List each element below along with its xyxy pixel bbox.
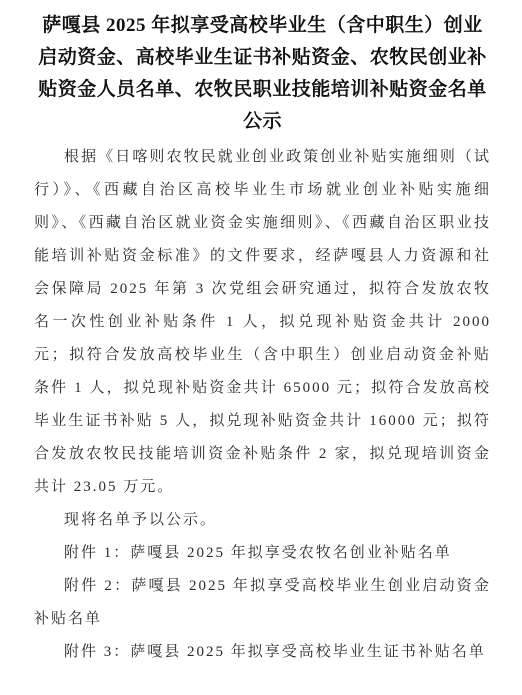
title-line-2: 启动资金、高校毕业生证书补贴资金、农牧民创业补 — [34, 42, 491, 74]
attachment-line-2: 附件 2：萨嘎县 2025 年拟享受高校毕业生创业启动资金补贴名单 — [34, 570, 491, 636]
title-line-3: 贴资金人员名单、农牧民职业技能培训补贴资金名单 — [34, 74, 491, 106]
title-line-1: 萨嘎县 2025 年拟享受高校毕业生（含中职生）创业 — [34, 10, 491, 42]
title-line-4: 公示 — [34, 106, 491, 138]
attachment-line-1: 附件 1：萨嘎县 2025 年拟享受农牧名创业补贴名单 — [34, 537, 491, 570]
paragraph-announcement: 现将名单予以公示。 — [34, 504, 491, 537]
document-title: 萨嘎县 2025 年拟享受高校毕业生（含中职生）创业 启动资金、高校毕业生证书补… — [34, 10, 491, 138]
document-page: 萨嘎县 2025 年拟享受高校毕业生（含中职生）创业 启动资金、高校毕业生证书补… — [0, 0, 522, 695]
paragraph-policy-basis: 根据《日喀则农牧民就业创业政策创业补贴实施细则（试行）》、《西藏自治区高校毕业生… — [34, 141, 491, 504]
attachment-line-3: 附件 3：萨嘎县 2025 年拟享受高校毕业生证书补贴名单 — [34, 636, 491, 669]
